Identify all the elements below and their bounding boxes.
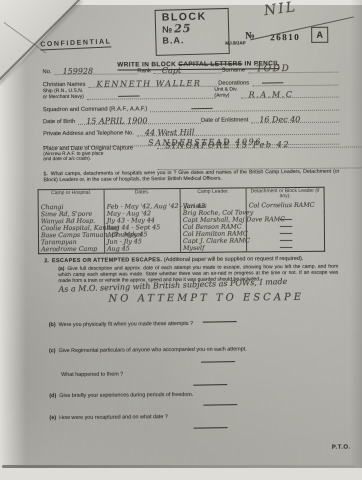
scanned-pow-form: CONFIDENTIAL BLOCK №25 B.A. M.I.9/JAP № … (0, 0, 362, 480)
question-2-number: 2. (44, 258, 49, 264)
table-row: Aerodrome Camp Aug 45 Myself — (39, 244, 325, 254)
question-2e: (e)How were you recaptured and on what d… (50, 413, 334, 421)
field-row-service: Ship (R.N., U.S.N.or Merchant Navy) — Un… (43, 87, 339, 101)
form-content: CONFIDENTIAL BLOCK №25 B.A. M.I.9/JAP № … (0, 0, 362, 480)
decorations-value: — (260, 77, 268, 87)
question-1-text: What camps, detachments or hospitals wer… (43, 169, 339, 184)
block-leader-cell: — (247, 244, 325, 252)
unit-div-label: Unit & Div.(Army) (214, 87, 240, 98)
decorations-field: — (252, 76, 339, 87)
enlistment-label: Date of Enlistment (201, 117, 251, 123)
question-2c2-text: What happened to them ? (61, 372, 123, 379)
answer-2a-line2: NO ATTEMPT TO ESCAPE (108, 292, 304, 305)
block-leader-dash: — (280, 244, 294, 251)
camp-header: Camp or Hospital. (38, 189, 104, 204)
block-stamp-no-value: 25 (174, 22, 192, 35)
ship-value: — (117, 91, 125, 101)
answer-2b-dash: — (200, 316, 240, 328)
answer-2c2-dash: — (190, 379, 230, 391)
date-of-birth-field: 15 APRIL 1900 (78, 114, 201, 125)
date-of-birth-value: 15 APRIL 1900 (86, 116, 147, 126)
block-stamp-no-label: № (162, 24, 172, 34)
dates-header: Dates. (104, 189, 180, 204)
confidential-stamp: CONFIDENTIAL (40, 38, 112, 50)
capture-value: SINGAPORE 15 Feb 42 (165, 140, 290, 150)
question-2b: (b)Were you physically fit when you made… (49, 320, 333, 328)
enlistment-value: 16 Dec 40 (259, 115, 300, 124)
rank-label: Rank (137, 68, 154, 74)
block-number-stamp: BLOCK №25 B.A. (155, 8, 230, 56)
answer-2e-dash: — (191, 422, 231, 434)
ship-label: Ship (R.N., U.S.N.or Merchant Navy) (43, 89, 87, 101)
answer-2c-dash: — (198, 356, 238, 368)
question-2e-label: (e) (50, 415, 57, 421)
nil-annotation: NIL (263, 0, 298, 19)
block-leader-cell: Col Cornelius RAMC (246, 202, 324, 210)
leader-cell: Capt J. Clarke RAMC (180, 238, 246, 246)
pto-label: P.T.O. (332, 445, 351, 451)
christian-names-field: KENNETH WALLER (88, 77, 218, 88)
unit-div-value: R.A.M.C (249, 90, 294, 99)
unit-div-field: R.A.M.C (241, 88, 339, 99)
question-2c-text: Give Regimental particulars of anyone wh… (59, 346, 247, 354)
squadron-value: — (190, 103, 198, 113)
question-2d-label: (d) (49, 393, 56, 399)
question-2-title: ESCAPES OR ATTEMPTED ESCAPES. (52, 257, 162, 264)
field-row-squadron: Squadron and Command (R.A.F., A.A.F.) — (43, 101, 339, 114)
leader-header: Camp Leader. (180, 188, 246, 203)
capture-field-line1: SINGAPORE 15 Feb 42 (157, 136, 362, 149)
service-number-value: 159928 (63, 67, 94, 76)
ref-letter-box: A (311, 27, 328, 43)
camp-table: Camp or Hospital. Dates. Camp Leader. De… (38, 187, 326, 255)
mi9-jap-label: M.I.9/JAP (225, 40, 245, 45)
question-2c-followup: What happened to them ? (61, 370, 333, 378)
block-stamp-ba: B.A. (162, 34, 224, 47)
ship-dash: — (116, 90, 141, 100)
surname-field: TODD (248, 63, 338, 74)
question-2c-label: (c) (49, 348, 56, 354)
question-2-note: (Additional paper will be supplied on re… (164, 256, 304, 263)
question-2c: (c)Give Regimental particulars of anyone… (49, 346, 333, 354)
squadron-dash: — (190, 103, 215, 113)
scan-edge-bottom (0, 468, 362, 480)
field-row-identity: No. 159928 Rank Capt Surname TODD (42, 63, 338, 76)
question-1: 1.What camps, detachments or hospitals w… (43, 169, 339, 184)
ship-field: — (87, 89, 215, 100)
question-2d: (d)Give briefly your experiences during … (49, 391, 333, 399)
rank-value: Capt (162, 66, 181, 75)
ship-label-line2: or Merchant Navy) (43, 94, 84, 100)
service-number-field: 159928 (55, 64, 138, 75)
rank-field: Capt (154, 64, 222, 75)
dates-cell: Aug 45 (105, 245, 181, 253)
surname-value: TODD (256, 64, 290, 74)
answer-2d-dash: — (201, 399, 241, 411)
capture-label-block: Place and Date of Original Capture (Airc… (43, 145, 155, 163)
question-2e-text: How were you recaptured and on what date… (59, 414, 168, 421)
field-row-dates: Date of Birth 15 APRIL 1900 Date of Enli… (43, 113, 339, 126)
pen-stroke (250, 16, 354, 40)
date-of-birth-label: Date of Birth (43, 119, 78, 125)
question-2-heading: 2.ESCAPES OR ATTEMPTED ESCAPES. (Additio… (44, 256, 340, 265)
camp-cell: Aerodrome Camp (39, 246, 105, 254)
question-2b-label: (b) (49, 322, 56, 328)
question-2d-text: Give briefly your experiences during per… (59, 392, 193, 399)
unit-label-line2: (Army) (214, 93, 237, 99)
capture-note-line2: and date of a/c crash). (43, 157, 155, 163)
squadron-field: — (150, 101, 339, 113)
leader-cell: Myself (181, 245, 247, 253)
question-2b-text: Were you physically fit when you made th… (59, 321, 193, 328)
squadron-label: Squadron and Command (R.A.F., A.A.F.) (43, 106, 150, 113)
no-label: No. (43, 69, 55, 75)
surname-label: Surname (222, 67, 249, 73)
enlistment-field: 16 Dec 40 (251, 113, 339, 124)
block-leader-header: Detachment or Block Leader (if any). (246, 187, 324, 202)
decorations-dash: — (260, 77, 285, 87)
